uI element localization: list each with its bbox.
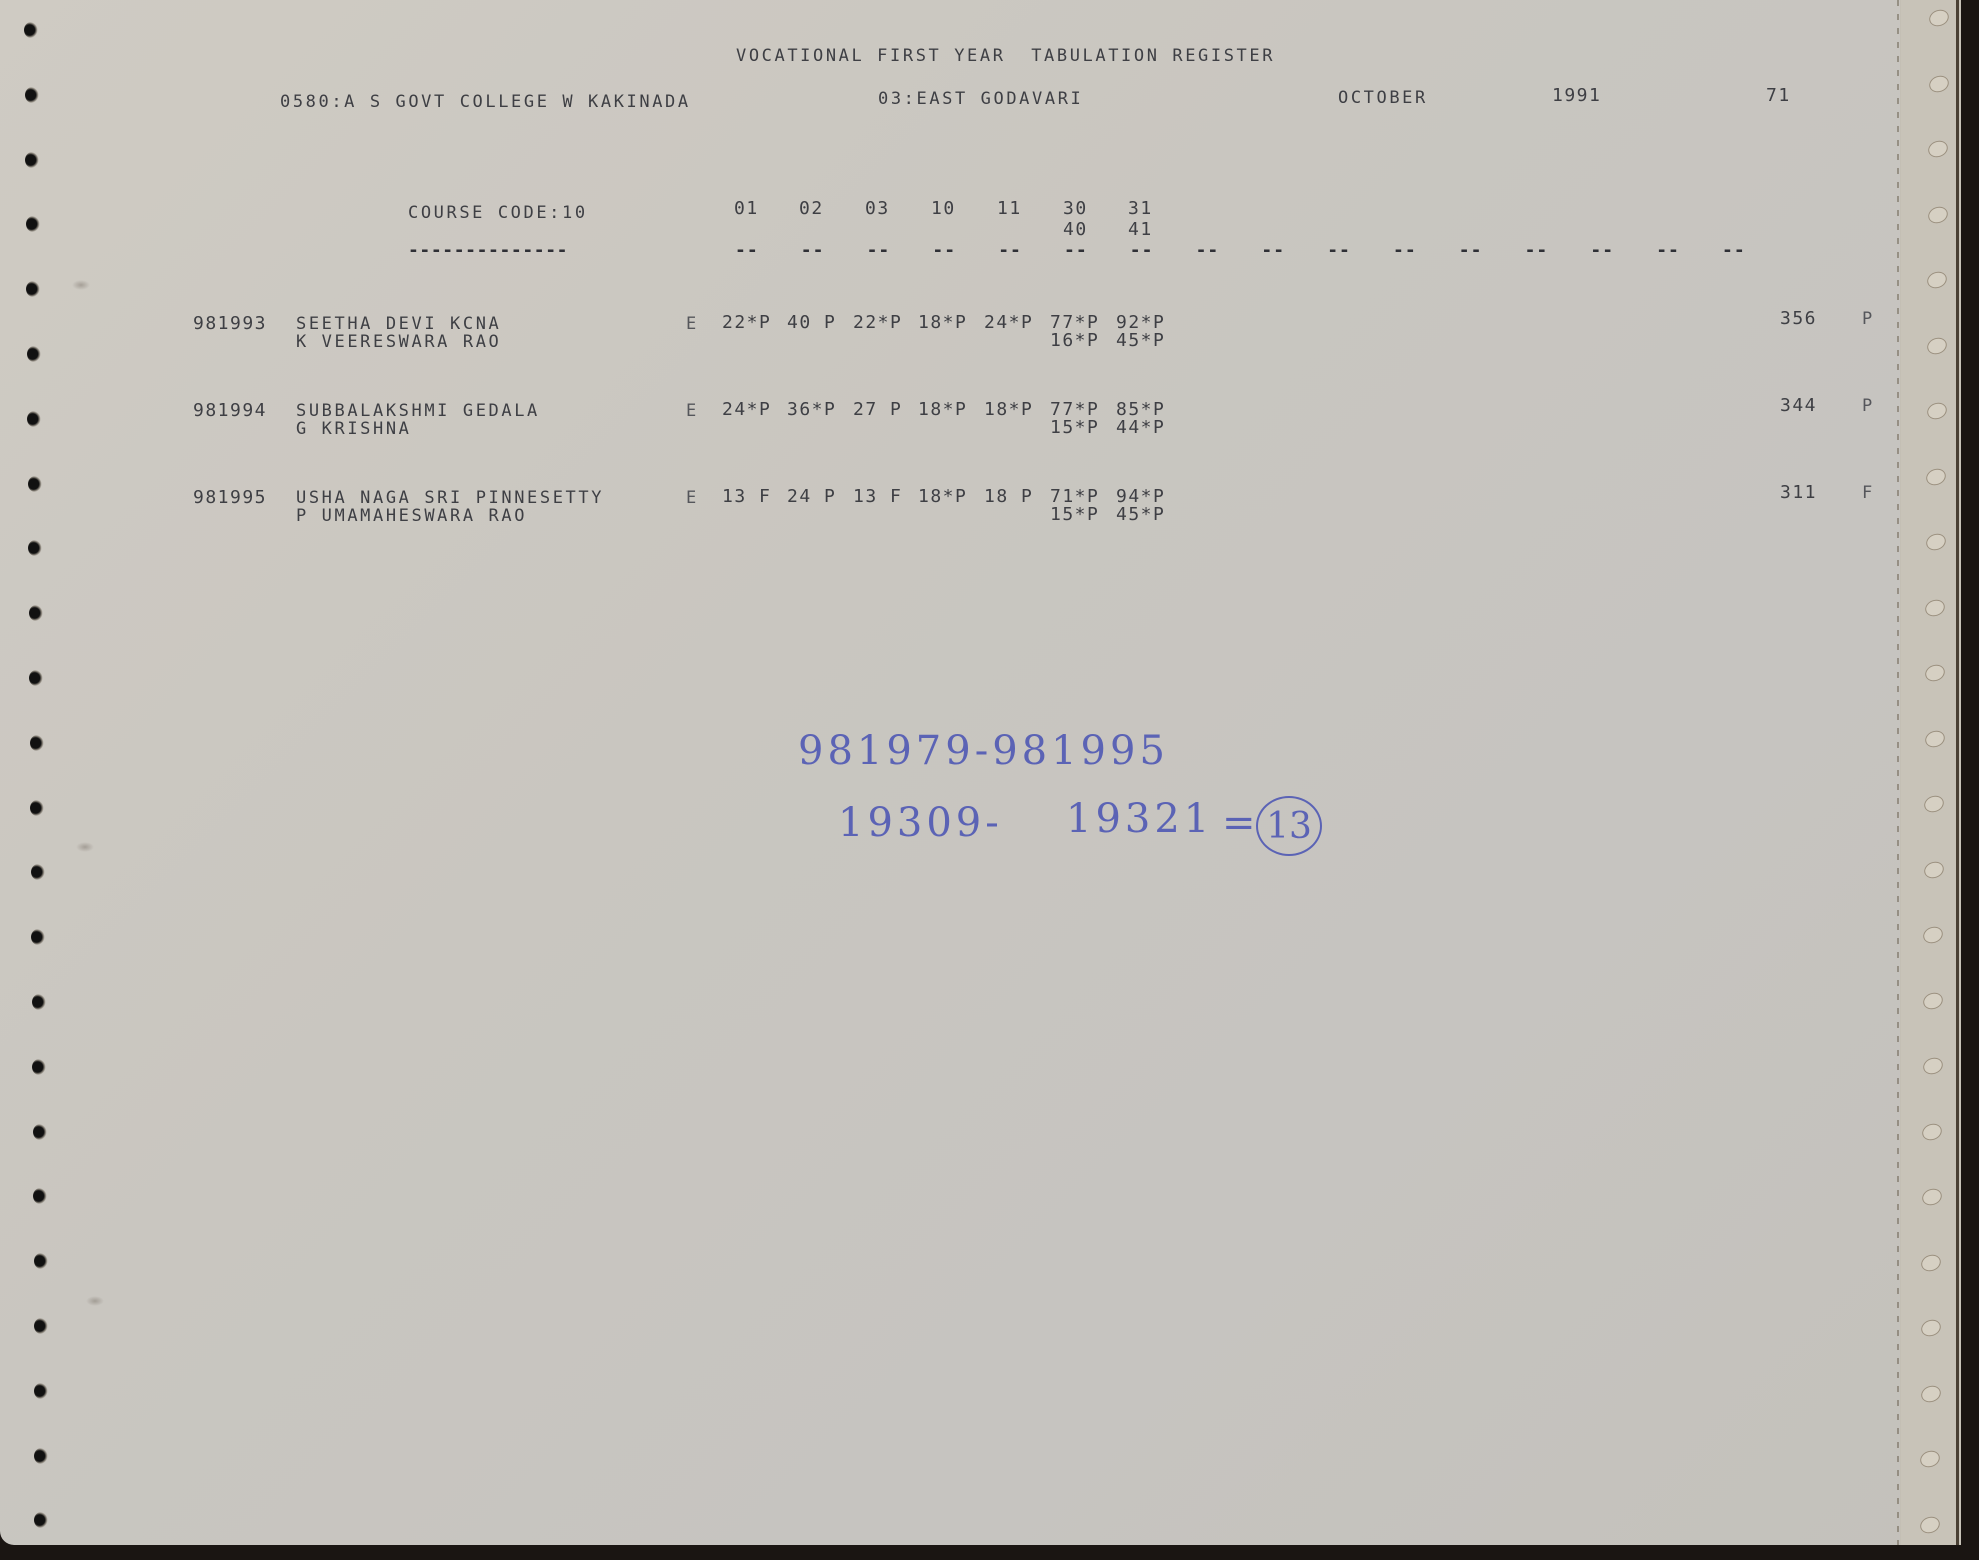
subject-dash: -- <box>1261 240 1285 261</box>
medium: E <box>686 488 699 508</box>
subject-code: 10 <box>931 199 956 219</box>
handwritten-equals: = <box>1222 800 1260 846</box>
result-status: P <box>1862 309 1875 329</box>
sprocket-hole-icon <box>32 1059 46 1075</box>
subject-dash: -- <box>1525 240 1549 261</box>
sprocket-hole-icon <box>34 1512 48 1528</box>
sprocket-hole-icon <box>31 929 45 945</box>
subject-code: 01 <box>734 199 759 219</box>
sprocket-hole-icon <box>31 864 45 880</box>
father-name: G KRISHNA <box>296 419 412 439</box>
subject-mark: 18 P <box>984 487 1033 507</box>
subject-dash: -- <box>998 240 1022 261</box>
sprocket-hole-icon <box>34 1448 48 1464</box>
subject-code: 30 <box>1063 199 1088 219</box>
subject-code: 02 <box>799 199 824 219</box>
subject-mark: 40 P <box>787 313 836 333</box>
sprocket-hole-icon <box>25 87 39 103</box>
subject-mark: 13 F <box>853 487 902 507</box>
hall-ticket-number: 981993 <box>193 314 267 334</box>
total-marks: 311 <box>1780 483 1817 503</box>
sprocket-hole-icon <box>30 800 44 816</box>
sprocket-hole-icon <box>33 1188 47 1204</box>
subject-dash: -- <box>867 240 891 261</box>
smudge-mark <box>72 280 90 290</box>
medium: E <box>686 314 699 334</box>
subject-dash: -- <box>1393 240 1417 261</box>
subject-mark-secondary: 15*P <box>1050 418 1099 438</box>
perforation-line <box>1897 0 1899 1545</box>
course-code-underline: -------------- <box>408 240 568 261</box>
subject-mark-secondary: 15*P <box>1050 505 1099 525</box>
sprocket-hole-icon <box>27 411 41 427</box>
subject-dash: -- <box>1064 240 1088 261</box>
subject-dash: -- <box>932 240 956 261</box>
medium: E <box>686 401 699 421</box>
smudge-mark <box>86 1296 104 1306</box>
subject-mark: 18*P <box>984 400 1033 420</box>
subject-mark-secondary: 44*P <box>1116 418 1165 438</box>
exam-month: OCTOBER <box>1338 88 1428 108</box>
subject-dash: -- <box>1590 240 1614 261</box>
result-status: F <box>1862 483 1875 503</box>
subject-mark-secondary: 16*P <box>1050 331 1099 351</box>
sprocket-hole-icon <box>24 22 38 38</box>
subject-mark-secondary: 45*P <box>1116 505 1165 525</box>
result-status: P <box>1862 396 1875 416</box>
subject-mark: 22*P <box>853 313 902 333</box>
sprocket-hole-icon <box>33 1124 47 1140</box>
subject-code: 31 <box>1128 199 1153 219</box>
hall-ticket-number: 981994 <box>193 401 267 421</box>
handwritten-range-2-end: 19321 <box>1066 796 1213 842</box>
subject-dash: -- <box>1196 240 1220 261</box>
subject-dash: -- <box>1459 240 1483 261</box>
circled-count: 13 <box>1256 796 1322 856</box>
subject-dash: -- <box>1656 240 1680 261</box>
college-name: 0580:A S GOVT COLLEGE W KAKINADA <box>280 92 691 112</box>
exam-year: 1991 <box>1552 86 1601 106</box>
report-title: VOCATIONAL FIRST YEAR TABULATION REGISTE… <box>736 46 1275 66</box>
subject-dash: -- <box>801 240 825 261</box>
subject-code: 03 <box>865 199 890 219</box>
father-name: K VEERESWARA RAO <box>296 332 501 352</box>
sprocket-hole-icon <box>34 1318 48 1334</box>
sprocket-hole-icon <box>29 605 43 621</box>
subject-code: 11 <box>997 199 1022 219</box>
subject-dash: -- <box>1327 240 1351 261</box>
hall-ticket-number: 981995 <box>193 488 267 508</box>
circled-count-value: 13 <box>1266 806 1312 847</box>
sprocket-hole-icon <box>34 1253 48 1269</box>
subject-mark: 18*P <box>918 400 967 420</box>
subject-dash: -- <box>1130 240 1154 261</box>
course-code-label: COURSE CODE:10 <box>408 203 588 223</box>
page-number: 71 <box>1766 86 1791 106</box>
sprocket-hole-icon <box>28 476 42 492</box>
sprocket-hole-icon <box>25 152 39 168</box>
sprocket-hole-icon <box>26 216 40 232</box>
sprocket-hole-icon <box>29 670 43 686</box>
page-edge <box>1956 0 1959 1545</box>
student-name: SUBBALAKSHMI GEDALA <box>296 401 540 421</box>
smudge-mark <box>76 842 94 852</box>
sprocket-hole-icon <box>28 540 42 556</box>
total-marks: 344 <box>1780 396 1817 416</box>
subject-mark: 22*P <box>722 313 771 333</box>
sprocket-hole-icon <box>26 281 40 297</box>
subject-code-secondary: 41 <box>1128 220 1153 240</box>
sprocket-hole-icon <box>30 735 44 751</box>
father-name: P UMAMAHESWARA RAO <box>296 506 527 526</box>
subject-mark: 24 P <box>787 487 836 507</box>
printout-page: VOCATIONAL FIRST YEAR TABULATION REGISTE… <box>0 0 1960 1545</box>
total-marks: 356 <box>1780 309 1817 329</box>
subject-mark: 36*P <box>787 400 836 420</box>
district-name: 03:EAST GODAVARI <box>878 89 1083 109</box>
student-name: USHA NAGA SRI PINNESETTY <box>296 488 604 508</box>
subject-mark: 24*P <box>984 313 1033 333</box>
handwritten-range-2-start: 19309- <box>838 800 1003 846</box>
tractor-feed-strip-right <box>1900 0 1961 1545</box>
subject-mark: 27 P <box>853 400 902 420</box>
subject-dash: -- <box>1722 240 1746 261</box>
sprocket-hole-icon <box>34 1383 48 1399</box>
subject-mark: 13 F <box>722 487 771 507</box>
subject-dash: -- <box>735 240 759 261</box>
subject-code-secondary: 40 <box>1063 220 1088 240</box>
handwritten-range-1: 981979-981995 <box>798 728 1169 774</box>
subject-mark: 18*P <box>918 313 967 333</box>
student-name: SEETHA DEVI KCNA <box>296 314 501 334</box>
subject-mark: 18*P <box>918 487 967 507</box>
subject-mark-secondary: 45*P <box>1116 331 1165 351</box>
subject-mark: 24*P <box>722 400 771 420</box>
sprocket-hole-icon <box>27 346 41 362</box>
sprocket-hole-icon <box>32 994 46 1010</box>
